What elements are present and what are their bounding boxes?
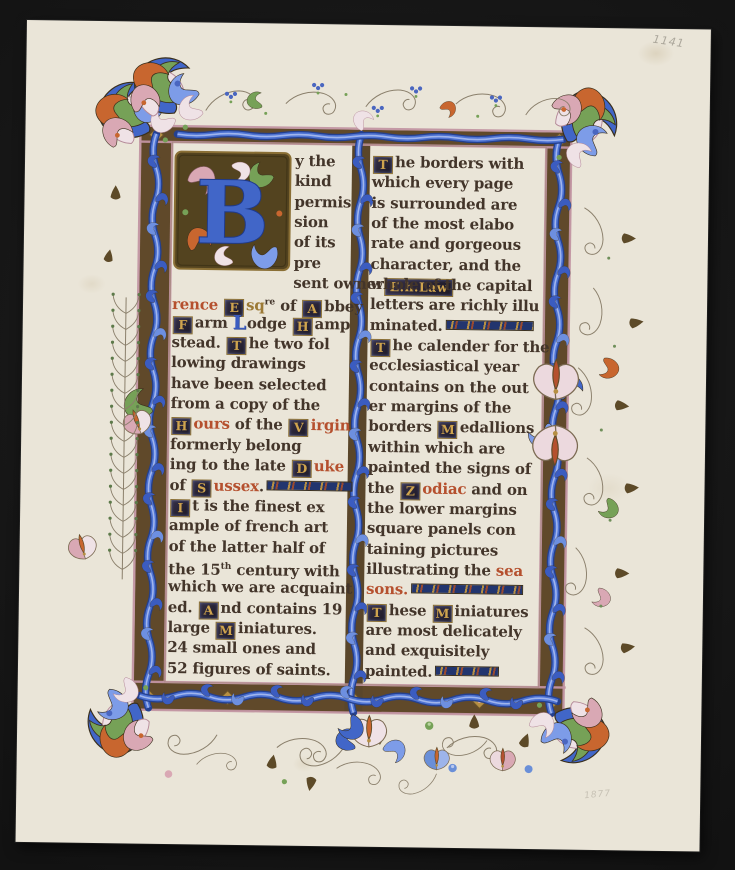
- text-line: rence Esqre of Abbey: [172, 291, 348, 314]
- text-segment: the lower margins: [367, 499, 517, 519]
- pencil-inventory-number: 1141: [652, 33, 686, 51]
- text-segment: borders: [368, 417, 437, 436]
- text-segment: the: [367, 478, 399, 496]
- text-segment: amp: [315, 315, 351, 333]
- text-segment: hese: [389, 601, 432, 620]
- text-segment: painted.: [365, 661, 433, 680]
- text-line: painted.: [365, 660, 538, 683]
- text-line: formerly belong: [170, 434, 346, 457]
- text-line: of the most elabo: [371, 213, 544, 236]
- text-segment: ecclesiastical year: [369, 356, 519, 376]
- text-segment: iniatures: [454, 602, 528, 621]
- left-text-column: B y thekindpermissionof itspresent owner…: [167, 149, 350, 680]
- flower-ornament: [66, 531, 99, 562]
- text-segment: and exquisitely: [365, 641, 489, 661]
- text-segment: sion: [294, 213, 329, 231]
- corner-flourish-top-left: [90, 74, 179, 150]
- text-segment: square panels con: [367, 519, 516, 539]
- text-line: the Zodiac and on: [367, 477, 540, 500]
- text-segment: pre: [294, 253, 322, 271]
- drop-cap-letter: B: [195, 162, 269, 264]
- text-line: The calender for the: [369, 335, 542, 358]
- text-line: have been selected: [171, 373, 347, 396]
- text-segment: ample of french art: [169, 516, 328, 536]
- text-line: illustrating the sea: [366, 559, 539, 582]
- text-segment: re: [265, 298, 276, 308]
- text-segment: sea: [496, 561, 523, 579]
- text-segment: 24 small ones and: [167, 638, 316, 658]
- text-segment: ed.: [168, 598, 198, 616]
- text-segment: kind: [295, 172, 332, 191]
- text-line: the 15th century with: [168, 556, 344, 579]
- text-segment: irgin: [311, 416, 351, 435]
- text-segment: he borders with: [395, 153, 524, 173]
- text-segment: .: [259, 477, 264, 495]
- text-line: Hours of the Virgin: [170, 414, 346, 437]
- illuminated-capital: D: [292, 460, 312, 478]
- text-segment: 52 figures of saints.: [167, 659, 331, 679]
- text-segment: he two fol: [249, 334, 330, 353]
- text-segment: ussex: [213, 476, 259, 495]
- text-segment: th: [221, 562, 232, 572]
- text-segment: of the: [230, 415, 288, 434]
- pencil-date-mark: 1877: [584, 789, 612, 801]
- text-line: which every page: [372, 172, 545, 195]
- text-line: Farm Lodge Hamp: [172, 312, 348, 335]
- right-penwork-spray: [564, 205, 646, 676]
- vine-ornament: [177, 133, 563, 141]
- text-segment: large: [167, 618, 215, 637]
- text-line: ing to the late Duke: [170, 454, 346, 477]
- ornamental-line-filler: [267, 480, 353, 491]
- ornamental-line-filler: [435, 665, 499, 676]
- text-segment: which we are acquaint: [168, 577, 352, 598]
- text-line: which we are acquaint: [168, 576, 344, 599]
- text-segment: nd contains 19: [220, 598, 342, 618]
- text-line: ecclesiastical year: [369, 355, 542, 378]
- flower-ornament: [490, 748, 515, 771]
- text-line: are most delicately: [365, 620, 538, 643]
- text-line: the lower margins: [367, 498, 540, 521]
- text-segment: y the: [295, 152, 336, 171]
- text-line: from a copy of the: [171, 393, 347, 416]
- flower-ornament: [424, 747, 449, 770]
- text-segment: er margins of the: [369, 397, 512, 417]
- ornamental-line-filler: [411, 584, 523, 596]
- text-segment: taining pictures: [367, 539, 499, 559]
- text-segment: minated.: [370, 316, 443, 335]
- text-segment: ing to the late: [170, 455, 291, 475]
- text-segment: which every page: [372, 173, 514, 193]
- corner-flourish-top-right: [548, 82, 624, 171]
- photo-backdrop: 1141 1877 B y thekindpermissionof itspre…: [0, 0, 735, 870]
- text-segment: character, and the: [371, 255, 522, 275]
- text-segment: and on: [466, 480, 527, 499]
- text-line: large Miniatures.: [167, 617, 343, 640]
- text-segment: permis: [294, 192, 351, 211]
- text-line: taining pictures: [367, 538, 540, 561]
- text-segment: painted the signs of: [368, 458, 532, 478]
- manuscript-leaf: 1141 1877 B y thekindpermissionof itspre…: [16, 20, 711, 851]
- text-segment: arm: [195, 313, 233, 332]
- text-line: ample of french art: [169, 515, 345, 538]
- text-segment: odiac: [422, 479, 466, 498]
- text-line: sent ownerE.h.Law: [172, 271, 348, 294]
- corner-flourish-top-left-outer: [113, 36, 225, 142]
- text-segment: is surrounded are: [371, 194, 517, 214]
- text-line: These Miniatures: [366, 599, 539, 622]
- ornamental-line-filler: [445, 320, 533, 331]
- text-line: minated.: [370, 315, 543, 338]
- right-text-column: The borders withwhich every pageis surro…: [365, 152, 545, 683]
- text-segment: uke: [314, 457, 344, 475]
- text-line: 24 small ones and: [167, 637, 343, 660]
- flower-ornament: [120, 405, 155, 438]
- text-segment: stead.: [171, 333, 225, 352]
- text-segment: of the latter half of: [169, 537, 326, 557]
- text-line: character, and the: [370, 254, 543, 277]
- corner-flourish-bottom-left: [80, 674, 156, 763]
- illuminated-capital: H: [171, 418, 191, 436]
- left-penwork-feather: [99, 185, 142, 579]
- text-segment: lowing drawings: [171, 353, 306, 373]
- text-segment: rate and gorgeous: [371, 234, 521, 254]
- text-line: and exquisitely: [365, 640, 538, 663]
- drop-cap-ornament: B: [173, 150, 293, 272]
- text-segment: sq: [246, 296, 265, 314]
- text-line: whole of the capital: [370, 274, 543, 297]
- text-segment: t is the finest ex: [192, 496, 324, 516]
- text-segment: have been selected: [171, 374, 327, 394]
- text-line: er margins of the: [369, 396, 542, 419]
- text-segment: within which are: [368, 438, 505, 458]
- text-segment: formerly belong: [170, 435, 302, 455]
- text-line: It is the finest ex: [169, 495, 345, 518]
- text-segment: iniatures.: [238, 619, 317, 638]
- vine-ornament: [139, 680, 557, 712]
- text-segment: are most delicately: [365, 621, 521, 641]
- illuminated-capital: Z: [400, 482, 420, 500]
- text-segment: illustrating the: [366, 560, 496, 580]
- illuminated-capital: L: [233, 312, 246, 334]
- drop-cap-B: B: [173, 150, 293, 272]
- illuminated-border-ornaments: [15, 20, 714, 870]
- text-line: contains on the out: [369, 376, 542, 399]
- text-line: square panels con: [367, 518, 540, 541]
- text-segment: whole of the capital: [370, 275, 532, 295]
- text-segment: of its: [294, 233, 336, 252]
- text-line: within which are: [368, 437, 541, 460]
- text-line: ed. And contains 19: [168, 597, 344, 620]
- text-line: stead. The two fol: [171, 332, 347, 355]
- text-line: sons.: [366, 579, 539, 602]
- flower-ornament: [351, 715, 386, 747]
- text-segment: of: [169, 476, 190, 494]
- text-segment: of: [275, 297, 301, 315]
- text-line: The borders with: [372, 152, 545, 175]
- text-line: letters are richly illu: [370, 294, 543, 317]
- text-line: rate and gorgeous: [371, 233, 544, 256]
- text-line: 52 figures of saints.: [167, 658, 343, 681]
- text-line: lowing drawings: [171, 352, 347, 375]
- text-segment: from a copy of the: [171, 394, 321, 414]
- text-line: of the latter half of: [169, 536, 345, 559]
- text-line: of Sussex.: [169, 475, 345, 498]
- bottom-penwork-spray: [164, 710, 533, 800]
- illuminated-capital: V: [289, 419, 309, 437]
- vine-ornament: [541, 139, 575, 713]
- text-segment: letters are richly illu: [370, 295, 540, 315]
- top-penwork-spray: [203, 81, 571, 121]
- text-line: painted the signs of: [368, 457, 541, 480]
- text-segment: ours: [193, 415, 230, 434]
- text-segment: he calender for the: [392, 336, 549, 356]
- text-segment: contains on the out: [369, 377, 529, 397]
- text-segment: odge: [247, 314, 292, 333]
- text-segment: of the most elabo: [371, 214, 514, 234]
- illuminated-capital: M: [438, 421, 458, 439]
- text-line: borders Medallions: [368, 416, 541, 439]
- text-segment: edallions: [460, 419, 535, 438]
- text-line: is surrounded are: [371, 193, 544, 216]
- text-segment: sons.: [366, 580, 408, 599]
- corner-flourish-bottom-right: [526, 694, 615, 770]
